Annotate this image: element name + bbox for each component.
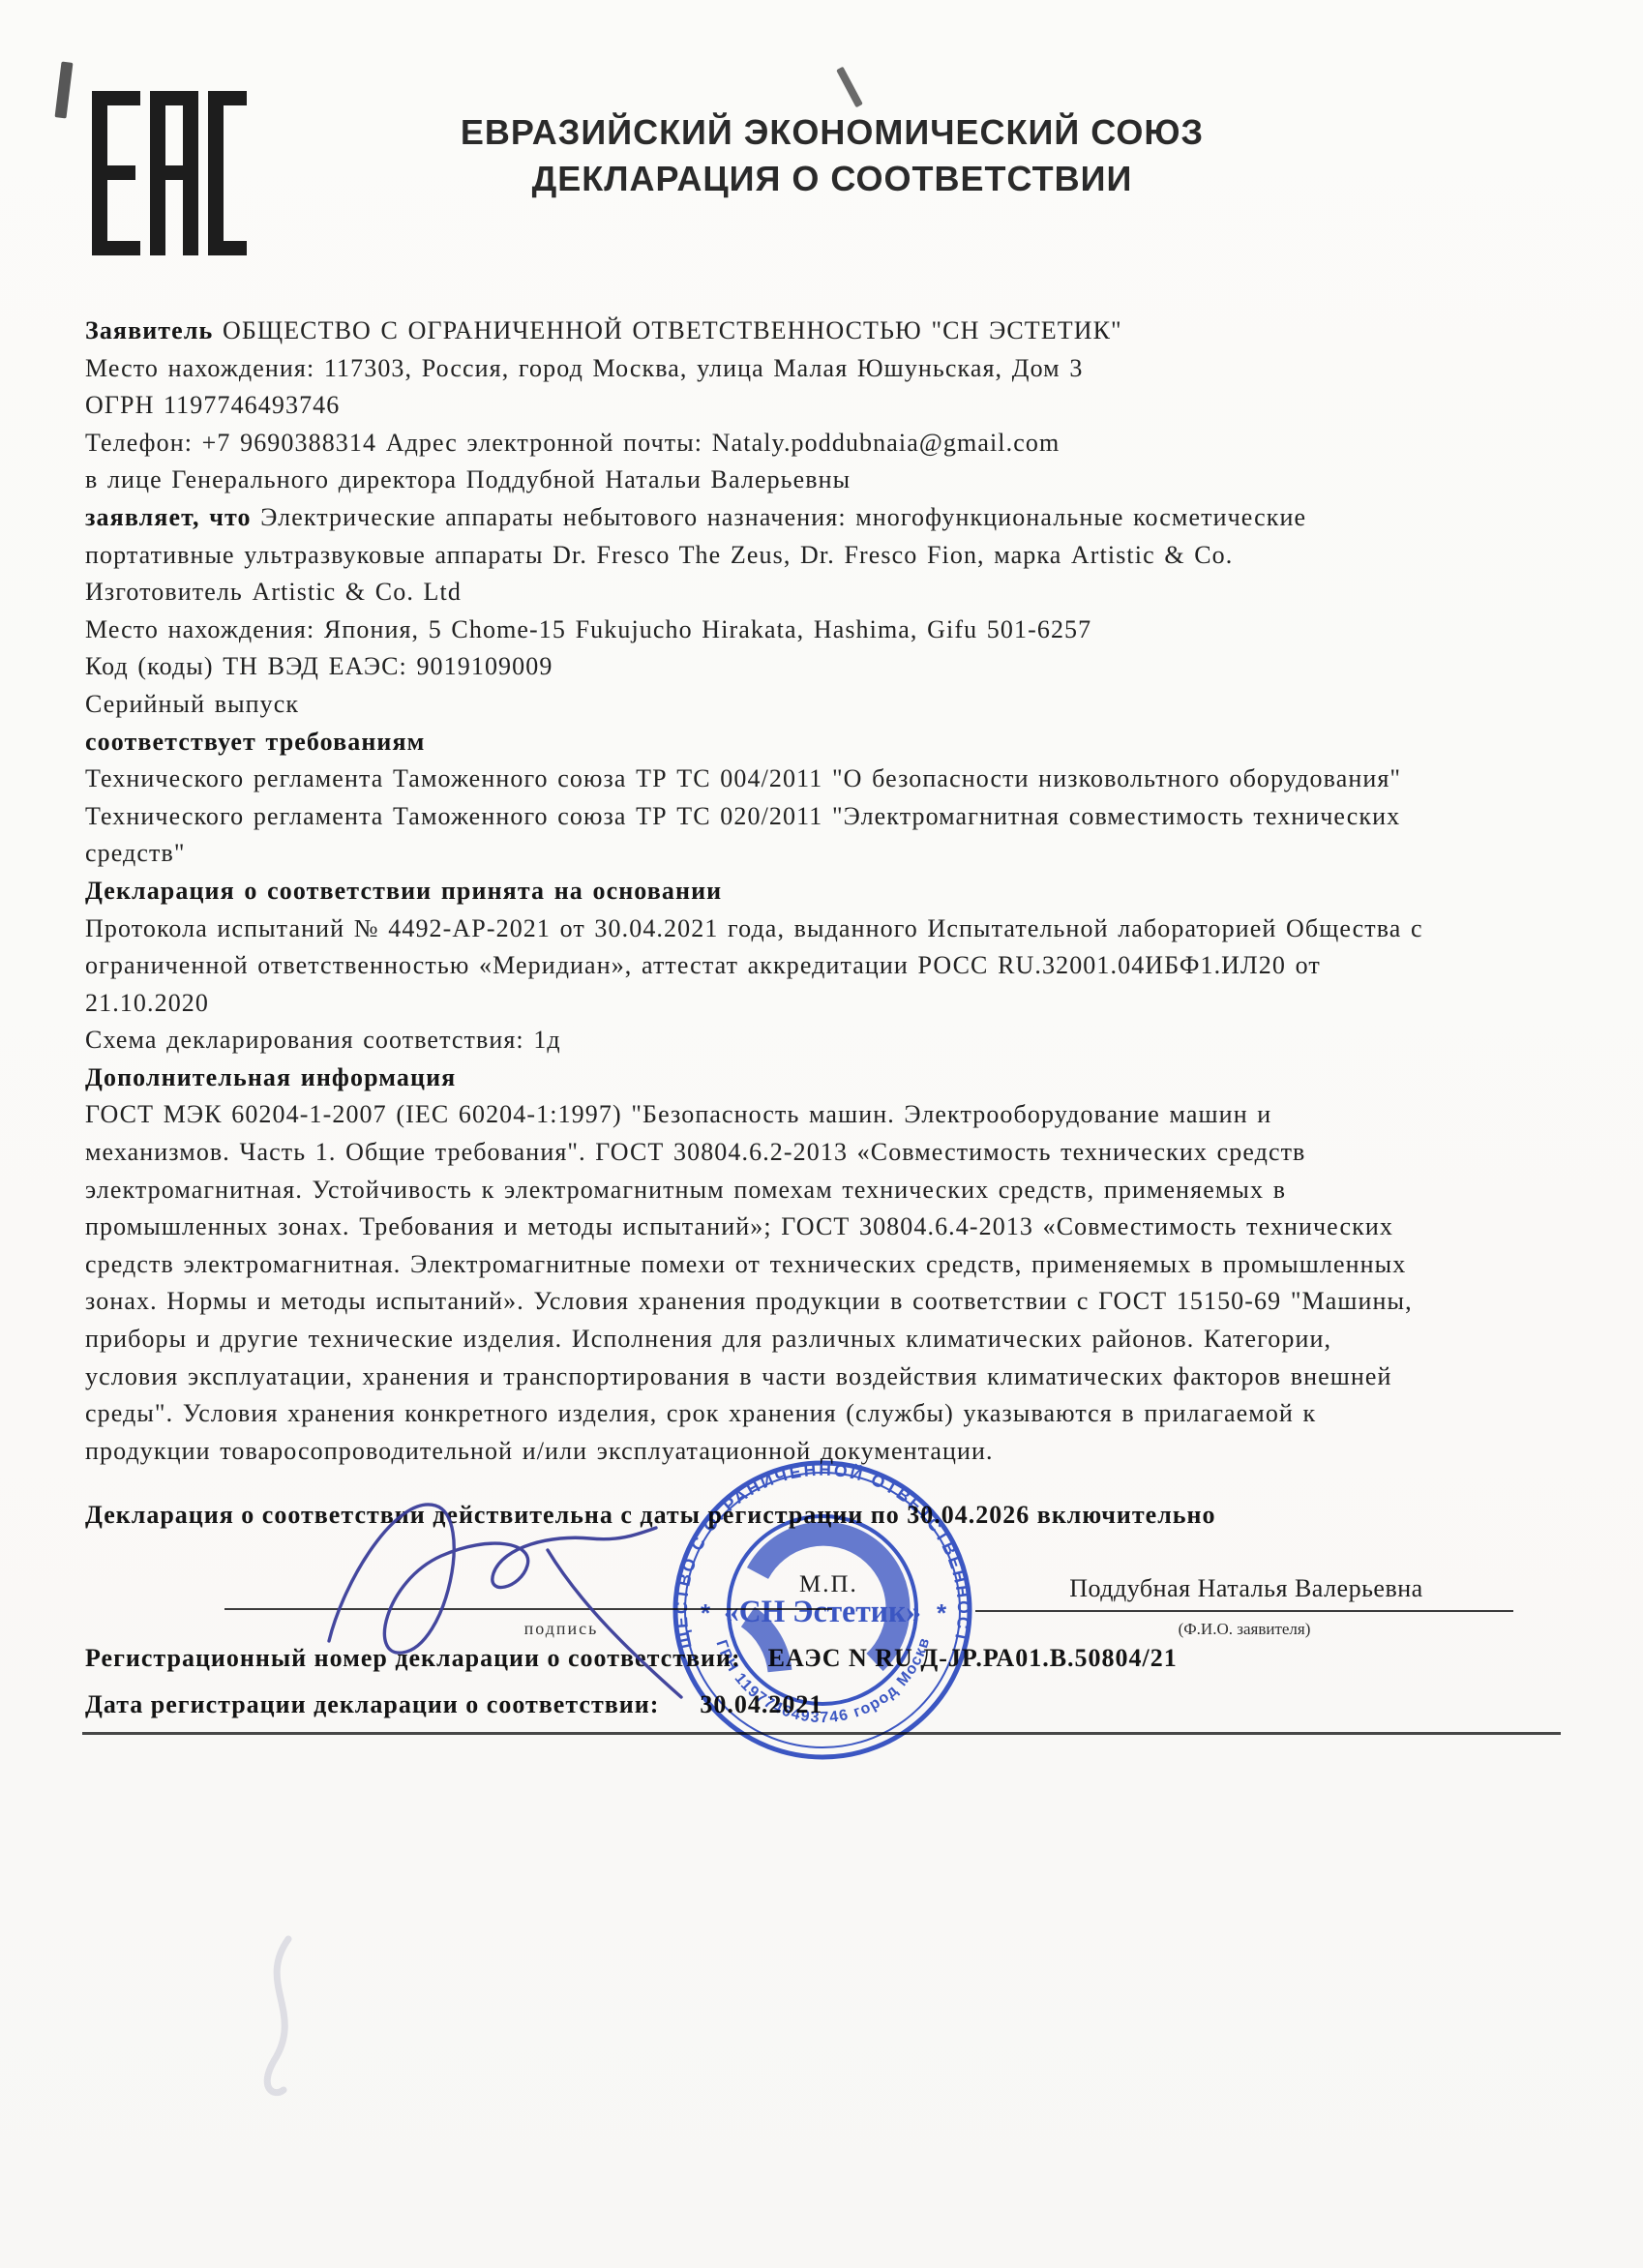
body-line-segment: Схема декларирования соответствия: 1д (85, 1026, 561, 1054)
body-line-segment: Серийный выпуск (85, 690, 299, 718)
ink-ghost-mark (245, 1933, 332, 2107)
scanned-page: { "header": { "logo_text": "ЕАС", "title… (0, 0, 1643, 2268)
body-line-segment: Место нахождения: Япония, 5 Chome-15 Fuk… (85, 615, 1091, 643)
body-line-segment: 21.10.2020 (85, 989, 209, 1017)
signature-flourish (329, 1505, 656, 1653)
body-line: Технического регламента Таможенного союз… (85, 761, 1575, 798)
body-line-bold-segment: заявляет, что (85, 503, 260, 531)
applicant-name-line (975, 1610, 1513, 1612)
body-line: Протокола испытаний № 4492-АР-2021 от 30… (85, 910, 1575, 948)
body-line: ОГРН 1197746493746 (85, 387, 1575, 425)
stamp-star-left: * (701, 1598, 711, 1627)
body-line-bold-segment: Дополнительная информация (85, 1063, 456, 1091)
body-line-segment: Электрические аппараты небытового назнач… (260, 503, 1306, 531)
body-line: Место нахождения: Япония, 5 Chome-15 Fuk… (85, 612, 1575, 649)
union-title: ЕВРАЗИЙСКИЙ ЭКОНОМИЧЕСКИЙ СОЮЗ (174, 112, 1490, 153)
body-line: Схема декларирования соответствия: 1д (85, 1022, 1575, 1059)
document-title: ДЕКЛАРАЦИЯ О СООТВЕТСТВИИ (174, 159, 1490, 199)
body-line-segment: Технического регламента Таможенного союз… (85, 802, 1400, 830)
body-line-segment: портативные ультразвуковые аппараты Dr. … (85, 541, 1233, 569)
body-line: Код (коды) ТН ВЭД ЕАЭС: 9019109009 (85, 648, 1575, 686)
body-line: заявляет, что Электрические аппараты неб… (85, 499, 1575, 537)
body-line: портативные ультразвуковые аппараты Dr. … (85, 537, 1575, 575)
body-line-segment: ГОСТ МЭК 60204-1-2007 (IEC 60204-1:1997)… (85, 1100, 1271, 1128)
body-line-segment: среды". Условия хранения конкретного изд… (85, 1399, 1316, 1427)
scan-artifact-mark (836, 67, 863, 108)
body-line: Телефон: +7 9690388314 Адрес электронной… (85, 425, 1575, 463)
body-line: 21.10.2020 (85, 985, 1575, 1023)
company-stamp: ОБЩЕСТВО С ОГРАНИЧЕННОЙ ОТВЕТСТВЕННОСТЬЮ… (658, 1446, 987, 1775)
body-line: Дополнительная информация (85, 1059, 1575, 1097)
body-line-segment: Телефон: +7 9690388314 Адрес электронной… (85, 429, 1060, 457)
body-line: соответствует требованиям (85, 724, 1575, 761)
body-line: механизмов. Часть 1. Общие требования". … (85, 1134, 1575, 1172)
body-line: приборы и другие технические изделия. Ис… (85, 1321, 1575, 1358)
body-line-segment: зонах. Нормы и методы испытаний». Услови… (85, 1287, 1413, 1315)
body-line: Заявитель ОБЩЕСТВО С ОГРАНИЧЕННОЙ ОТВЕТС… (85, 313, 1575, 350)
scan-artifact-mark (55, 61, 74, 118)
body-line-segment: условия эксплуатации, хранения и транспо… (85, 1362, 1392, 1390)
body-line: среды". Условия хранения конкретного изд… (85, 1395, 1575, 1433)
body-line: Декларация о соответствии принята на осн… (85, 873, 1575, 910)
body-line: средств электромагнитная. Электромагнитн… (85, 1246, 1575, 1284)
body-line-segment: Место нахождения: 117303, Россия, город … (85, 354, 1083, 382)
body-line-segment: ОГРН 1197746493746 (85, 391, 340, 419)
body-line-bold-segment: Декларация о соответствии принята на осн… (85, 877, 722, 905)
body-line-segment: Изготовитель Artistic & Co. Ltd (85, 578, 462, 606)
body-line: ограниченной ответственностью «Меридиан»… (85, 947, 1575, 985)
ink-ghost-path (267, 1939, 288, 2093)
body-line: условия эксплуатации, хранения и транспо… (85, 1358, 1575, 1396)
body-line-segment: ограниченной ответственностью «Меридиан»… (85, 951, 1321, 979)
body-line-segment: Код (коды) ТН ВЭД ЕАЭС: 9019109009 (85, 652, 553, 680)
body-line-segment: механизмов. Часть 1. Общие требования". … (85, 1138, 1305, 1166)
body-line-bold-segment: соответствует требованиям (85, 728, 426, 756)
body-line: электромагнитная. Устойчивость к электро… (85, 1172, 1575, 1209)
body-line-segment: средств" (85, 839, 186, 867)
body-line-bold-segment: Заявитель (85, 316, 223, 344)
body-line: Изготовитель Artistic & Co. Ltd (85, 574, 1575, 612)
applicant-name-caption: (Ф.И.О. заявителя) (975, 1620, 1513, 1639)
body-line-segment: ОБЩЕСТВО С ОГРАНИЧЕННОЙ ОТВЕТСТВЕННОСТЬЮ… (223, 316, 1122, 344)
body-line: Место нахождения: 117303, Россия, город … (85, 350, 1575, 388)
declaration-body: Заявитель ОБЩЕСТВО С ОГРАНИЧЕННОЙ ОТВЕТС… (85, 313, 1575, 1470)
applicant-name: Поддубная Наталья Валерьевна (977, 1574, 1515, 1603)
body-line-segment: средств электромагнитная. Электромагнитн… (85, 1250, 1406, 1278)
body-line: средств" (85, 835, 1575, 873)
stamp-star-right: * (937, 1598, 947, 1627)
body-line: зонах. Нормы и методы испытаний». Услови… (85, 1283, 1575, 1321)
body-line: промышленных зонах. Требования и методы … (85, 1209, 1575, 1246)
body-line: Технического регламента Таможенного союз… (85, 798, 1575, 836)
body-line-segment: электромагнитная. Устойчивость к электро… (85, 1176, 1286, 1204)
body-line: Серийный выпуск (85, 686, 1575, 724)
body-line-segment: Протокола испытаний № 4492-АР-2021 от 30… (85, 914, 1423, 942)
body-line: в лице Генерального директора Поддубной … (85, 462, 1575, 499)
body-line-segment: промышленных зонах. Требования и методы … (85, 1212, 1393, 1240)
body-line: ГОСТ МЭК 60204-1-2007 (IEC 60204-1:1997)… (85, 1096, 1575, 1134)
body-line-segment: в лице Генерального директора Поддубной … (85, 465, 851, 493)
body-line-segment: приборы и другие технические изделия. Ис… (85, 1325, 1331, 1353)
stamp-center-text: «СН Эстетик» (724, 1595, 921, 1629)
body-line-segment: Технического регламента Таможенного союз… (85, 764, 1401, 792)
